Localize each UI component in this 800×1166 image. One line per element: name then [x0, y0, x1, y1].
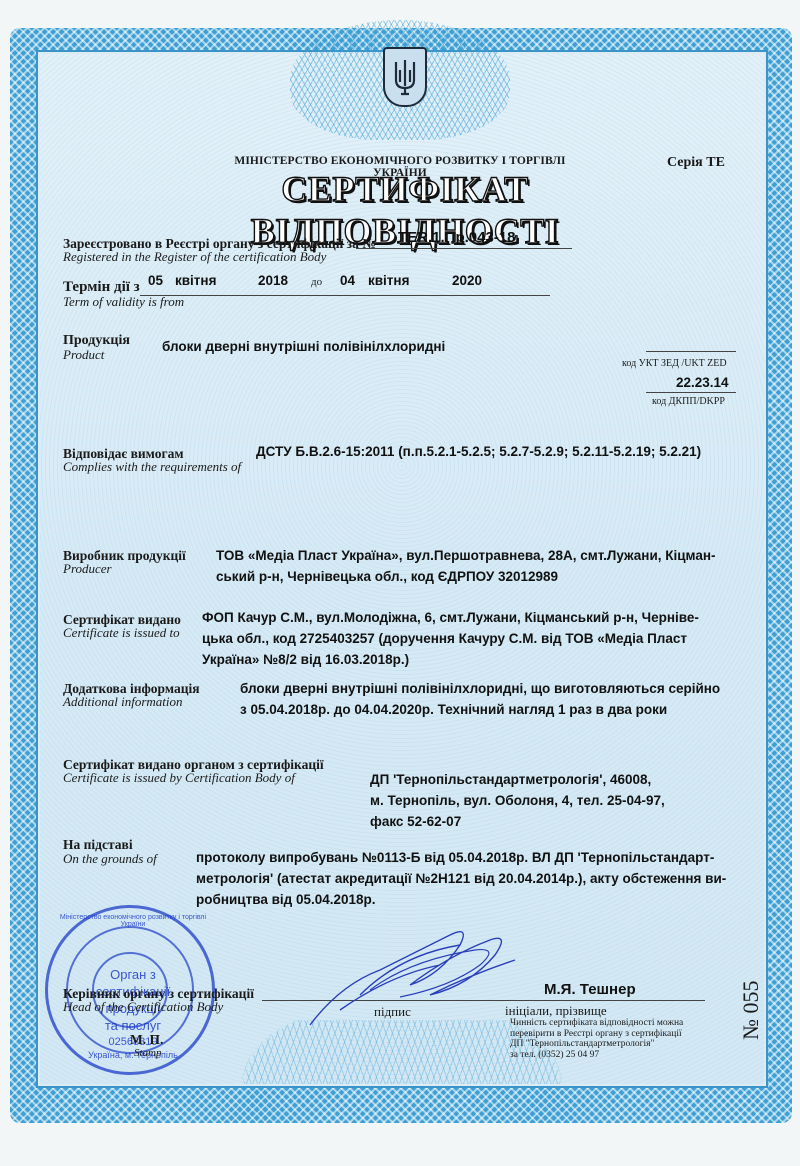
- stamp-label-ua: М. П.: [130, 1032, 163, 1048]
- ukt-zed-label: код УКТ ЗЕД /UKT ZED: [622, 358, 727, 369]
- product-label-en: Product: [63, 347, 104, 363]
- ukt-zed-underline: [646, 351, 736, 352]
- product-value: блоки дверні внутрішні полівінілхлоридні: [162, 337, 445, 357]
- trident-emblem-icon: [383, 47, 427, 107]
- issued-to-line-1: ФОП Качур С.М., вул.Молодіжна, 6, смт.Лу…: [202, 608, 699, 628]
- head-label-en: Head of the Certification Body: [63, 999, 223, 1015]
- validity-to-month: квітня: [368, 271, 409, 291]
- validity-from-day: 05: [148, 271, 163, 291]
- trident-icon: [391, 56, 419, 98]
- registration-number: ТЕR.1.Пр.043-18: [398, 228, 516, 248]
- dkpp-underline: [646, 392, 736, 393]
- cert-body-line-2: м. Тернопіль, вул. Оболоня, 4, тел. 25-0…: [370, 791, 665, 811]
- additional-label-en: Additional information: [63, 694, 183, 710]
- producer-line-1: ТОВ «Медіа Пласт Україна», вул.Першотрав…: [216, 546, 716, 566]
- grounds-line-3: робництва від 05.04.2018р.: [196, 890, 376, 910]
- grounds-line-1: протоколу випробувань №0113-Б від 05.04.…: [196, 848, 714, 868]
- validity-from-year: 2018: [258, 271, 288, 291]
- name-caption: ініціали, прізвище: [505, 1003, 607, 1019]
- series-label: Серія ТЕ: [667, 155, 725, 171]
- validity-to-word: до: [311, 276, 322, 288]
- grounds-line-2: метрологія' (атестат акредитації №2Н121 …: [196, 869, 726, 889]
- cert-body-line-3: факс 52-62-07: [370, 812, 461, 832]
- validity-to-day: 04: [340, 271, 355, 291]
- stamp-label-en: Stamp: [134, 1047, 162, 1059]
- validity-from-month: квітня: [175, 271, 216, 291]
- name-underline: [505, 1000, 705, 1001]
- validity-underline: [140, 295, 550, 296]
- certificate-number: № 055: [738, 981, 764, 1041]
- verification-line-3: ДП "Тернопільстандартметрологія": [510, 1039, 683, 1050]
- issued-to-line-2: цька обл., код 2725403257 (доручення Кач…: [202, 629, 687, 649]
- registration-underline: [356, 248, 572, 249]
- producer-line-2: ський р-н, Чернівецька обл., код ЄДРПОУ …: [216, 567, 558, 587]
- registration-label-en: Registered in the Register of the certif…: [63, 249, 326, 265]
- validity-to-year: 2020: [452, 271, 482, 291]
- issued-to-label-en: Certificate is issued to: [63, 625, 180, 641]
- stamp-bottom-text: Україна, м. Тернопіль: [48, 1050, 218, 1060]
- stamp-ring-text: Міністерство економічного розвитку і тор…: [48, 914, 218, 928]
- cert-body-line-1: ДП 'Тернопільстандартметрологія', 46008,: [370, 770, 651, 790]
- verification-line-2: перевірити в Реєстрі органу з сертифікац…: [510, 1029, 683, 1040]
- grounds-label-en: On the grounds of: [63, 851, 157, 867]
- verification-line-1: Чинність сертифіката відповідності можна: [510, 1018, 683, 1029]
- signatory-name: М.Я. Тешнер: [544, 980, 636, 1000]
- verification-note: Чинність сертифіката відповідності можна…: [510, 1018, 683, 1060]
- stamp-line-1: Орган з: [48, 966, 218, 983]
- cert-body-label-en: Certificate is issued by Certification B…: [63, 770, 295, 786]
- requirements-label-en: Complies with the requirements of: [63, 459, 241, 475]
- handwritten-signature-icon: [300, 915, 530, 1035]
- additional-line-2: з 05.04.2018р. до 04.04.2020р. Технічний…: [240, 700, 667, 720]
- producer-label-en: Producer: [63, 561, 112, 577]
- dkpp-label: код ДКПП/DKPP: [652, 396, 725, 407]
- validity-label-en: Term of validity is from: [63, 294, 184, 310]
- additional-line-1: блоки дверні внутрішні полівінілхлоридні…: [240, 679, 720, 699]
- issued-to-line-3: Україна» №8/2 від 16.03.2018р.): [202, 650, 409, 670]
- dkpp-code: 22.23.14: [676, 373, 729, 393]
- verification-line-4: за тел. (0352) 25 04 97: [510, 1050, 683, 1061]
- requirements-value: ДСТУ Б.В.2.6-15:2011 (п.п.5.2.1-5.2.5; 5…: [256, 442, 701, 462]
